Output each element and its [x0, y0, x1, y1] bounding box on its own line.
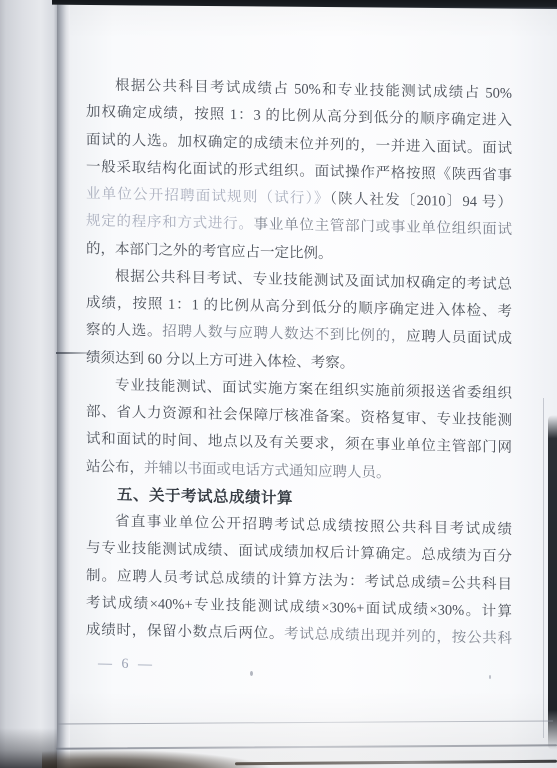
- scan-right-shadow-strip: [548, 415, 557, 750]
- paragraph-medical-inspection: 根据公共科目考试、专业技能测试及面试加权确定的考试总 成绩，按照 1：1 的比例…: [86, 263, 512, 381]
- faded-text: 并辅以书面或电话方式通知应聘人员。: [144, 460, 391, 481]
- scan-speck: [250, 671, 253, 676]
- scan-speck: [489, 675, 491, 679]
- paragraph-total-score: 省直事业单位公开招聘考试总成绩按照公共科目考试成绩 与专业技能测试成绩、面试成绩…: [86, 508, 512, 653]
- text-segment: （陕人社发〔2010〕94 号）: [330, 191, 512, 211]
- page-number: — 6 —: [98, 650, 155, 678]
- text-segment: 站公布，: [86, 459, 144, 476]
- scanned-document-page: 根据公共科目考试成绩占 50%和专业技能测试成绩占 50% 加权确定成绩，按照 …: [0, 0, 557, 768]
- text-segment: 应聘人员面试成: [406, 329, 512, 347]
- faded-text: 招聘人数与应聘人数达不到比例的，: [162, 324, 406, 345]
- text-segment: 察的人选。: [86, 322, 162, 340]
- document-text: 根据公共科目考试成绩占 50%和专业技能测试成绩占 50% 加权确定成绩，按照 …: [86, 72, 512, 653]
- text-segment: 成绩时，保留小数点后两位。: [86, 622, 284, 642]
- faded-text: 规定的程序和方式进行。: [86, 213, 254, 233]
- page-right-edge-line: [543, 398, 544, 738]
- faded-text: 业单位公开招聘面试规则（试行）》: [86, 186, 330, 207]
- faded-text: 考试总成绩出现并列的，按公共科: [284, 626, 512, 647]
- scan-bottom-shadow: [42, 750, 272, 768]
- text-segment: 事业单位主管部门或事业单位组织面试: [254, 217, 512, 238]
- page-gutter-shadow: [57, 0, 71, 768]
- paragraph-interview-weighting: 根据公共科目考试成绩占 50%和专业技能测试成绩占 50% 加权确定成绩，按照 …: [86, 72, 512, 272]
- paragraph-plan-filing: 专业技能测试、面试实施方案在组织实施前须报送省委组织 部、省人力资源和社会保障厅…: [86, 372, 512, 490]
- book-left-page-edge: [0, 0, 57, 768]
